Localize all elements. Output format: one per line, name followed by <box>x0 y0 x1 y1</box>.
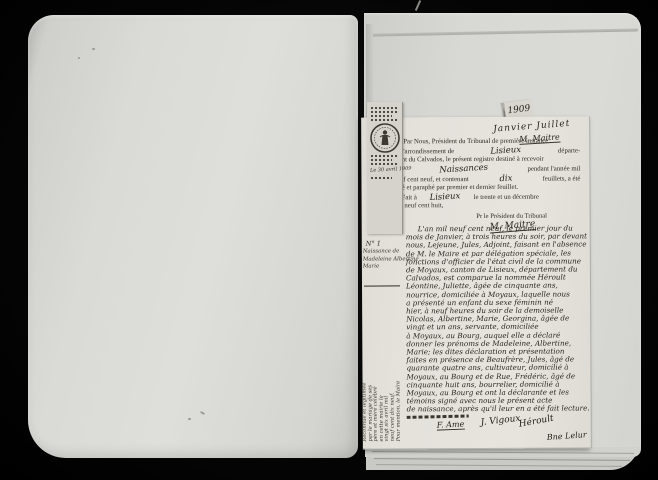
microtext-line <box>371 119 399 121</box>
tribunal-signoff: Pr le Président du Tribunal <box>452 213 572 221</box>
printed-fragment: départe- <box>558 148 580 156</box>
margin-side-note: Reconnue et légitiméepar le mariage de s… <box>362 289 405 445</box>
margin-name-line: Naissance de <box>363 248 405 256</box>
margin-note-line: Pour mention, le Maire <box>396 289 402 441</box>
closing-flourish <box>407 415 469 419</box>
year-tab-label: 1909 <box>507 104 531 117</box>
microtext-line <box>371 111 399 113</box>
printed-fragment: pendant l'année mil <box>527 166 580 174</box>
signature-officer: Bne Lelur <box>547 430 587 442</box>
signature-declarant: F. Ame <box>437 420 465 431</box>
microtext-line <box>371 107 399 109</box>
margin-name-block: Naissance deMadeleine AlbertineMarie <box>363 248 405 271</box>
margin-name-line: Marie <box>363 263 405 271</box>
handwritten-insert-sheet-count: dix <box>499 174 513 185</box>
margin-act-number: N° 1 <box>366 239 381 247</box>
paper-speck <box>188 418 191 420</box>
official-seal-stamp-icon <box>370 123 400 153</box>
printed-line: neuf cent neuf, et contenant dix feuille… <box>393 174 580 185</box>
printed-fragment: le trente et un décembre <box>474 194 539 201</box>
microtext-line <box>371 159 392 161</box>
act-body: L'an mil neuf cent neuf, le premier jour… <box>406 224 587 414</box>
paper-speck <box>92 48 95 50</box>
paper-speck <box>78 57 80 59</box>
strip-date-annotation: Le 30 avril 1909 <box>370 166 400 174</box>
left-blank-page <box>28 15 358 458</box>
printed-fragment: feuillets, a été <box>542 176 580 184</box>
printed-line: les Naissances pendant l'année mil <box>393 164 580 175</box>
fait-line: Fait à Lisieux le trente et un décembre <box>402 191 580 202</box>
film-scratch <box>415 0 421 11</box>
certification-strip: Le 30 avril 1909 <box>367 102 403 234</box>
signature-witness-2: Héroult <box>518 414 554 430</box>
microtext-line <box>371 155 399 157</box>
certification-text: Par Nous, Président du Tribunal de premi… <box>393 137 580 193</box>
margin-divider <box>364 285 400 286</box>
microtext-line <box>371 115 392 117</box>
printed-fragment: Fait à <box>402 194 417 201</box>
strip-signature-squiggle <box>371 177 392 179</box>
act-line: de naissance, après qu'il leur en a été … <box>407 405 587 414</box>
signature-witness-1: J. Vigoux <box>480 414 521 428</box>
handwritten-insert-city: Lisieux <box>490 145 521 157</box>
register-scan-photo: 1909 Le 30 avril 1909 Janvier Juillet M.… <box>0 0 658 480</box>
microtext-line <box>371 163 399 165</box>
margin-side-note-text: Reconnue et légitiméepar le mariage de s… <box>362 289 402 441</box>
margin-name-line: Madeleine Albertine <box>363 256 405 264</box>
